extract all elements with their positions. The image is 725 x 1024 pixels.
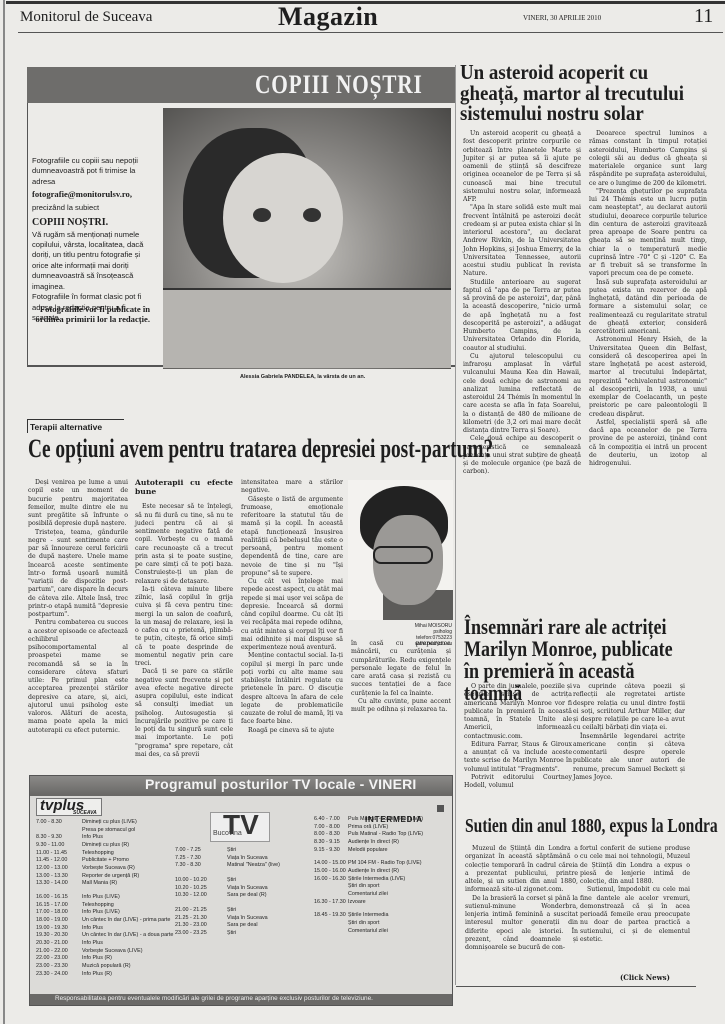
schedule-time: 7.00 - 7.25 <box>175 847 227 855</box>
schedule-time: 11.45 - 12.00 <box>36 857 82 865</box>
schedule-show: Reporter de urgență (R) <box>82 873 139 881</box>
schedule-row: 7.00 - 7.25Știri <box>175 847 305 855</box>
child-photo <box>163 108 451 369</box>
paragraph: Astronomul Henry Hsieh, de la Universita… <box>589 336 707 419</box>
schedule-row: 21.00 - 22.00Vorbește Suceava (LIVE) <box>36 948 206 956</box>
schedule-show: Dimineți cu plus (R) <box>82 842 129 850</box>
kids-details: Vă rugăm să menționați numele copilului,… <box>32 230 152 293</box>
schedule-time: 19.00 - 19.30 <box>36 925 82 933</box>
schedule-time: 8.30 - 9.30 <box>36 834 82 842</box>
schedule-show: Știri <box>227 877 236 885</box>
tvplus-logo: tvplus SUCEAVA <box>36 798 102 816</box>
schedule-show: Matinal "Neatza" (live) <box>227 862 280 870</box>
bucovina-logo-sub: Bucovina <box>213 830 242 837</box>
kids-email-link[interactable]: fotografie@monitorulsv.ro, <box>32 189 152 201</box>
schedule-time: 21.25 - 21.30 <box>175 915 227 923</box>
schedule-show: Presa pe stomacul gol <box>82 827 135 835</box>
schedule-show: Info Plus <box>82 925 103 933</box>
schedule-time: 11.00 - 11.45 <box>36 850 82 858</box>
paragraph: Sutienul, împodobit cu cele mai fine dan… <box>580 886 690 944</box>
schedule-show: Comentariul zilei <box>348 891 388 899</box>
schedule-time: 9.15 - 9.30 <box>314 847 348 855</box>
schedule-time: 10.30 - 12.00 <box>175 892 227 900</box>
schedule-time: 12.00 - 13.00 <box>36 865 82 873</box>
schedule-time: 19.30 - 20.30 <box>36 932 82 940</box>
schedule-show: Prima oră (LIVE) <box>348 824 388 832</box>
schedule-time <box>314 891 348 899</box>
schedule-time <box>314 928 348 936</box>
paragraph: O parte din jurnalele, poeziile și eseur… <box>464 683 572 741</box>
paragraph: Cu ajutorul telescopului cu infraroșu am… <box>463 353 581 436</box>
schedule-time: 10.20 - 10.25 <box>175 885 227 893</box>
schedule-row: 7.30 - 8.30Matinal "Neatza" (live) <box>175 862 305 870</box>
schedule-row: 7.00 - 8.00Prima oră (LIVE) <box>314 824 449 832</box>
schedule-time: 15.00 - 16.00 <box>314 868 348 876</box>
bra-source: (Click News) <box>620 973 670 982</box>
schedule-row: Comentariul zilei <box>314 891 449 899</box>
schedule-row: 23.30 - 24.00Info Plus (R) <box>36 971 206 979</box>
depression-column-1: Deși venirea pe lume a unui copil este u… <box>28 479 128 735</box>
bucovina-schedule: 7.00 - 7.25Știri7.25 - 7.30Viața în Suce… <box>175 847 305 938</box>
paragraph: Astfel, specialiștii speră să afle dacă … <box>589 419 707 469</box>
schedule-show: Izvoare <box>348 899 366 907</box>
paragraph: Un asteroid acoperit cu gheață a fost de… <box>463 130 581 204</box>
page-number: 11 <box>694 5 713 28</box>
paragraph: Dacă ți se pare ca stările negative sunt… <box>135 668 233 759</box>
paragraph: Muzeul de Știință din Londra a organizat… <box>465 845 578 895</box>
depression-headline: Ce opțiuni avem pentru tratarea depresie… <box>28 434 348 464</box>
paragraph: Este necesar să te înțelegi, să nu fii d… <box>135 503 233 586</box>
schedule-show: Melodii populare <box>348 847 388 855</box>
paragraph: Deși venirea pe lume a unui copil este u… <box>28 479 128 529</box>
kids-instructions: Fotografiile cu copiii sau nepoții dumne… <box>32 156 152 324</box>
schedule-row: 6.40 - 7.00Puls Matinal - Radio Top (LIV… <box>314 816 449 824</box>
schedule-show: Știri din sport <box>348 883 379 891</box>
schedule-time: 16.00 - 16.15 <box>36 894 82 902</box>
depression-column-3: intensitatea mare a stărilor negative. G… <box>241 479 343 735</box>
depression-column-2: Autoterapii cu efecte bune Este necesar … <box>135 479 233 759</box>
schedule-time: 8.00 - 8.30 <box>314 831 348 839</box>
kids-intro: Fotografiile cu copiii sau nepoții dumne… <box>32 156 152 187</box>
schedule-time: 22.00 - 23.00 <box>36 955 82 963</box>
schedule-time: 14.00 - 15.00 <box>314 860 348 868</box>
schedule-time: 6.40 - 7.00 <box>314 816 348 824</box>
paragraph: Menține contactul social. Ia-ți copilul … <box>241 652 343 726</box>
schedule-row: 22.00 - 23.00Info Plus (R) <box>36 955 206 963</box>
schedule-row: 8.30 - 9.30Info Plus <box>36 834 206 842</box>
schedule-time: 17.00 - 18.00 <box>36 909 82 917</box>
schedule-show: Viața în Suceava <box>227 855 268 863</box>
kids-subject-label: precizând la subiect <box>32 203 152 213</box>
paragraph: Potrivit editorului Courtney Hodell, vol… <box>464 774 572 791</box>
schedule-show: Mall Mania (R) <box>82 880 117 888</box>
schedule-row: Comentariul zilei <box>314 928 449 936</box>
schedule-row: 10.00 - 10.20Știri <box>175 877 305 885</box>
schedule-row: 21.25 - 21.30Viața în Suceava <box>175 915 305 923</box>
schedule-show: Sara pe deal (R) <box>227 892 267 900</box>
schedule-show: Vorbește Suceava (R) <box>82 865 135 873</box>
schedule-show: Puls Matinal - Radio Top (LIVE) <box>348 816 423 824</box>
schedule-show: Info Plus (LIVE) <box>82 894 120 902</box>
kicker-bar <box>27 419 28 433</box>
schedule-time: 23.00 - 23.30 <box>36 963 82 971</box>
intermedia-schedule: 6.40 - 7.00Puls Matinal - Radio Top (LIV… <box>314 816 449 935</box>
tv-schedule-title: Programul posturilor TV locale - VINERI <box>145 776 417 792</box>
schedule-show: Sara pe deal <box>227 922 258 930</box>
schedule-show: Viața în Suceava <box>227 915 268 923</box>
kids-section-title: COPIII NOȘTRI <box>255 70 423 100</box>
schedule-time: 21.00 - 21.25 <box>175 907 227 915</box>
paragraph: Însă sub suprafața asteroidului ar putea… <box>589 279 707 337</box>
paragraph: Însemnările legendarei actrițe americane… <box>573 733 685 783</box>
schedule-time: 23.30 - 24.00 <box>36 971 82 979</box>
schedule-row: Știri din sport <box>314 883 449 891</box>
schedule-row: 23.00 - 23.30Muzică populară (R) <box>36 963 206 971</box>
bottom-rule <box>456 986 696 987</box>
paragraph: Ia-ți câteva minute libere zilnic, lasă … <box>135 586 233 669</box>
schedule-show: PM 104 FM - Radio Top (LIVE) <box>348 860 422 868</box>
kicker-rule <box>27 419 124 420</box>
schedule-row: 18.45 - 19.30Știrile Intermedia <box>314 912 449 920</box>
schedule-show: Comentariul zilei <box>348 928 388 936</box>
schedule-show: Știri <box>227 930 236 938</box>
depression-kicker: Terapii alternative <box>30 422 102 432</box>
left-scan-edge <box>3 0 5 1024</box>
schedule-time: 8.30 - 9.15 <box>314 839 348 847</box>
schedule-row: 23.00 - 23.25Știri <box>175 930 305 938</box>
header-rule <box>18 32 723 33</box>
paragraph: Cu cât vei înțelege mai repede acest asp… <box>241 578 343 652</box>
schedule-show: Știri <box>227 847 236 855</box>
asteroid-column-1: Un asteroid acoperit cu gheață a fost de… <box>463 130 581 477</box>
schedule-show: Info Plus (R) <box>82 955 112 963</box>
schedule-row: 16.30 - 17.30Izvoare <box>314 899 449 907</box>
schedule-row: 9.15 - 9.30Melodii populare <box>314 847 449 855</box>
schedule-show: Teleshopping <box>82 902 114 910</box>
schedule-time: 7.25 - 7.30 <box>175 855 227 863</box>
paragraph: Cu alte cuvinte, pune accent mult pe odi… <box>351 698 451 715</box>
schedule-row: 7.00 - 8.30Dimineți cu plus (LIVE) <box>36 819 206 827</box>
schedule-row: 16.00 - 16.30Știrile Intermedia (LIVE) <box>314 876 449 884</box>
depression-subhead: Autoterapii cu efecte bune <box>135 479 233 496</box>
asteroid-headline: Un asteroid acoperit cu gheață, martor a… <box>460 62 694 124</box>
schedule-time <box>36 827 82 835</box>
psychologist-photo <box>348 480 453 620</box>
schedule-row: Presa pe stomacul gol <box>36 827 206 835</box>
issue-date: VINERI, 30 APRILIE 2010 <box>523 14 601 22</box>
tv-icon <box>437 805 444 812</box>
schedule-row: 20.30 - 21.00Info Plus <box>36 940 206 948</box>
paragraph: Studiile anterioare au sugerat faptul că… <box>463 279 581 353</box>
paragraph: Deoarece spectrul luminos a rămas consta… <box>589 130 707 188</box>
schedule-show: Publicitate + Promo <box>82 857 129 865</box>
schedule-time: 13.30 - 14.00 <box>36 880 82 888</box>
asteroid-column-2: Deoarece spectrul luminos a rămas consta… <box>589 130 707 468</box>
schedule-time: 18.00 - 19.00 <box>36 917 82 925</box>
schedule-show: Info Plus (R) <box>82 971 112 979</box>
paragraph: va cuprinde câteva poezii și reflecții a… <box>573 683 685 733</box>
schedule-show: Știrile Intermedia <box>348 912 388 920</box>
bra-headline: Sutien din anul 1880, expus la Londra <box>465 815 668 838</box>
schedule-show: Un cântec în dar (LIVE) - a doua parte <box>82 932 173 940</box>
schedule-show: Un cântec în dar (LIVE) - prima parte <box>82 917 170 925</box>
paragraph: "Apa în stare solidă este mult mai frecv… <box>463 204 581 278</box>
schedule-show: Dimineți cu plus (LIVE) <box>82 819 137 827</box>
paragraph: "Prezența ghețurilor pe suprafața lui 24… <box>589 188 707 279</box>
schedule-show: Teleshopping <box>82 850 114 858</box>
schedule-show: Info Plus <box>82 940 103 948</box>
schedule-time: 21.30 - 23.00 <box>175 922 227 930</box>
bra-column-1: Muzeul de Știință din Londra a organizat… <box>465 845 578 952</box>
schedule-time: 13.00 - 13.30 <box>36 873 82 881</box>
newspaper-name: Monitorul de Suceava <box>20 9 152 26</box>
schedule-time: 10.00 - 10.20 <box>175 877 227 885</box>
paragraph: Găsește o listă de argumente frumoase, e… <box>241 496 343 579</box>
schedule-time: 7.30 - 8.30 <box>175 862 227 870</box>
marilyn-column-2: va cuprinde câteva poezii și reflecții a… <box>573 683 685 782</box>
schedule-row: 14.00 - 15.00PM 104 FM - Radio Top (LIVE… <box>314 860 449 868</box>
schedule-show: Știri din sport <box>348 920 379 928</box>
schedule-row: 8.00 - 8.30Puls Matinal - Radio Top (LIV… <box>314 831 449 839</box>
paragraph: Roagă pe cineva să te ajute <box>241 727 343 735</box>
column-divider <box>455 65 456 985</box>
schedule-show: Muzică populară (R) <box>82 963 131 971</box>
schedule-row: 8.30 - 9.15Audiențe în direct (R) <box>314 839 449 847</box>
depression-column-4: în casă cu prepararea mâncării, cu curăț… <box>351 640 451 714</box>
schedule-row: 10.20 - 10.25Viața în Suceava <box>175 885 305 893</box>
schedule-show: Puls Matinal - Radio Top (LIVE) <box>348 831 423 839</box>
kids-subject: COPIII NOȘTRI. <box>32 216 152 230</box>
marilyn-column-1: O parte din jurnalele, poeziile și eseur… <box>464 683 572 790</box>
schedule-show: Vorbește Suceava (LIVE) <box>82 948 143 956</box>
schedule-show: Știri <box>227 907 236 915</box>
schedule-row: 21.30 - 23.00Sara pe deal <box>175 922 305 930</box>
schedule-time: 23.00 - 23.25 <box>175 930 227 938</box>
paragraph: în casă cu prepararea mâncării, cu curăț… <box>351 640 451 698</box>
schedule-show: Info Plus <box>82 834 103 842</box>
paragraph: Pentru combaterea cu succes a acestor ep… <box>28 619 128 735</box>
schedule-show: Info Plus (LIVE) <box>82 909 120 917</box>
schedule-time <box>314 883 348 891</box>
tvplus-logo-sub: SUCEAVA <box>73 810 97 816</box>
schedule-show: Audiențe în direct (R) <box>348 868 399 876</box>
schedule-row: 15.00 - 16.00Audiențe în direct (R) <box>314 868 449 876</box>
schedule-show: Viața în Suceava <box>227 885 268 893</box>
schedule-row: 10.30 - 12.00Sara pe deal (R) <box>175 892 305 900</box>
bra-column-2: fortul conferit de sutiene produse cu ce… <box>580 845 690 944</box>
schedule-row: 21.00 - 21.25Știri <box>175 907 305 915</box>
schedule-show: Audiențe în direct (R) <box>348 839 399 847</box>
schedule-time: 7.00 - 8.00 <box>314 824 348 832</box>
schedule-time: 21.00 - 22.00 <box>36 948 82 956</box>
kids-footer-note: Fotografiile vor fi publicate în ordinea… <box>32 304 150 325</box>
paragraph: De la brasieră la corset și până la suti… <box>465 895 578 953</box>
schedule-time: 7.00 - 8.30 <box>36 819 82 827</box>
paragraph: intensitatea mare a stărilor negative. <box>241 479 343 496</box>
schedule-time: 9.30 - 11.00 <box>36 842 82 850</box>
paragraph: Tristețea, teama, gândurile negre - sunt… <box>28 529 128 620</box>
schedule-time: 16.15 - 17.00 <box>36 902 82 910</box>
child-photo-caption: Alessia Gabriela PANDELEA, la vârsta de … <box>240 374 365 380</box>
tv-footer-disclaimer: Responsabilitatea pentru eventualele mod… <box>55 995 373 1002</box>
schedule-time: 20.30 - 21.00 <box>36 940 82 948</box>
schedule-time: 16.00 - 16.30 <box>314 876 348 884</box>
schedule-time: 18.45 - 19.30 <box>314 912 348 920</box>
schedule-time <box>314 920 348 928</box>
schedule-row: Știri din sport <box>314 920 449 928</box>
schedule-row: 7.25 - 7.30Viața în Suceava <box>175 855 305 863</box>
bucovina-tv-logo: TV Bucovina <box>210 812 270 842</box>
paragraph: Editura Farrar, Staus & Giroux a anunțat… <box>464 741 572 774</box>
schedule-show: Știrile Intermedia (LIVE) <box>348 876 405 884</box>
schedule-time: 16.30 - 17.30 <box>314 899 348 907</box>
section-title: Magazin <box>278 2 378 32</box>
paragraph: fortul conferit de sutiene produse cu ce… <box>580 845 690 886</box>
